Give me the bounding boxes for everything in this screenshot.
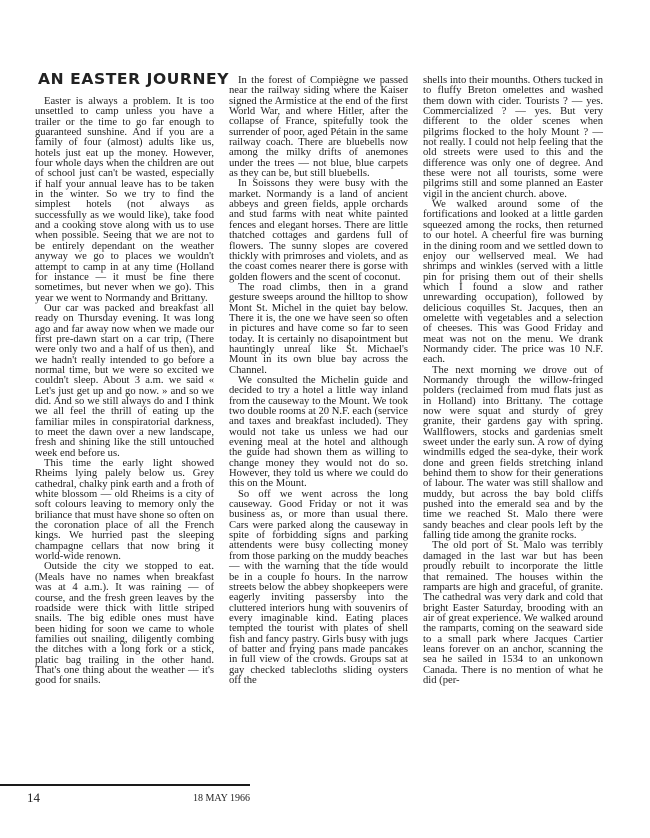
paragraph: Outside the city we stopped to eat. (Mea… [35,562,214,686]
paragraph: This time the early light showed Rheims … [35,459,214,562]
text-column-2: In the forest of Compiègne we passed nea… [229,76,408,686]
paragraph: The old port of St. Malo was terribly da… [423,541,603,686]
paragraph: The next morning we drove out of Normand… [423,366,603,542]
page-number: 14 [27,790,40,806]
article-title: AN EASTER JOURNEY [38,70,218,88]
magazine-page: AN EASTER JOURNEY Easter is always a pro… [0,0,650,838]
footer-rule [0,784,250,786]
paragraph: So off we went across the long causeway.… [229,490,408,687]
text-column-3: shells into their mounths. Others tucked… [423,76,603,686]
paragraph: We walked around some of the fortificati… [423,200,603,366]
text-column-1: Easter is always a problem. It is too un… [35,97,214,687]
paragraph: Easter is always a problem. It is too un… [35,97,214,304]
paragraph: The road climbs, then in a grand gesture… [229,283,408,376]
issue-date: 18 MAY 1966 [170,793,250,804]
paragraph: In Soissons they were busy with the mark… [229,179,408,282]
paragraph: In the forest of Compiègne we passed nea… [229,76,408,179]
paragraph: We consulted the Michelin guide and deci… [229,376,408,490]
paragraph-continued: shells into their mounths. Others tucked… [423,76,603,200]
paragraph: Our car was packed and breakfast all rea… [35,304,214,459]
